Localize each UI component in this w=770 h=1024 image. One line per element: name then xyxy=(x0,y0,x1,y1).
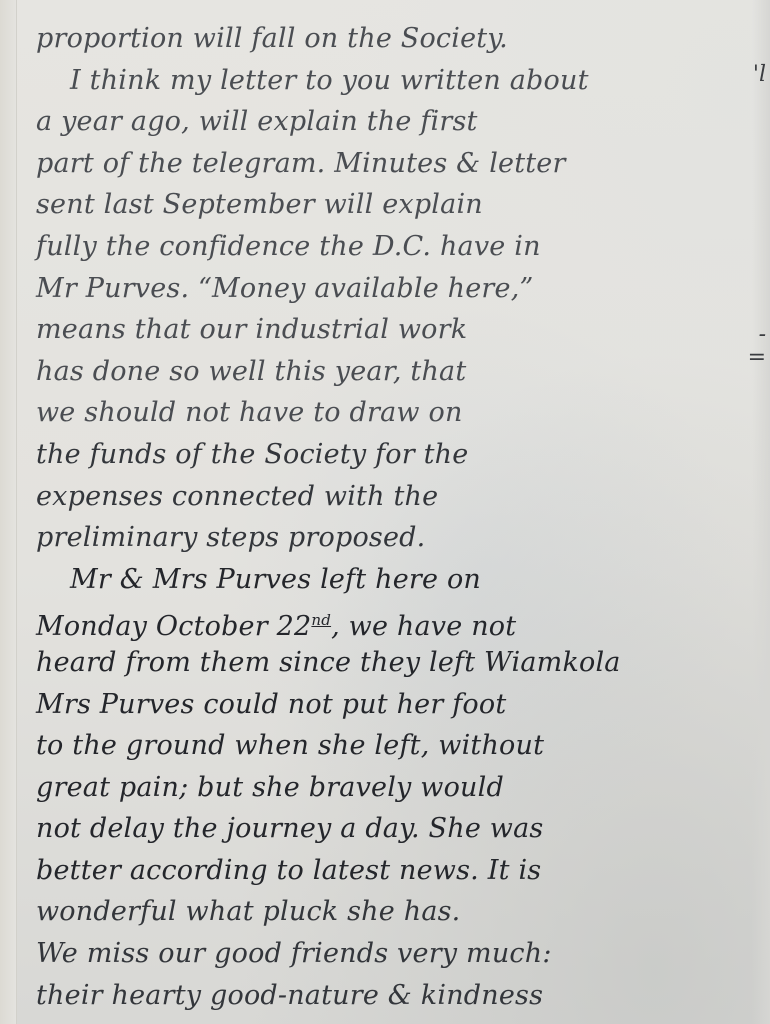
text-line: wonderful what pluck she has. xyxy=(36,891,756,933)
text-line: Mr & Mrs Purves left here on xyxy=(36,559,756,601)
ordinal-suffix: nd xyxy=(311,611,331,629)
text-line: has done so well this year, that xyxy=(36,351,756,393)
text-segment: , we have not xyxy=(331,611,516,642)
text-line: heard from them since they left Wiamkola xyxy=(36,642,756,684)
handwritten-text-body: proportion will fall on the Society. I t… xyxy=(36,18,756,1016)
adjacent-page-mark: - xyxy=(759,322,766,347)
text-line: expenses connected with the xyxy=(36,476,756,518)
text-line: Monday October 22nd, we have not xyxy=(36,600,756,642)
text-line: a year ago, will explain the first xyxy=(36,101,756,143)
text-line: fully the confidence the D.C. have in xyxy=(36,226,756,268)
page-left-edge xyxy=(0,0,17,1024)
text-line: we should not have to draw on xyxy=(36,392,756,434)
text-line: not delay the journey a day. She was xyxy=(36,808,756,850)
text-line: We miss our good friends very much: xyxy=(36,933,756,975)
text-line: I think my letter to you written about xyxy=(36,60,756,102)
text-line: Mr Purves. “Money available here,” xyxy=(36,268,756,310)
text-line: the funds of the Society for the xyxy=(36,434,756,476)
letter-page: 'l - = proportion will fall on the Socie… xyxy=(0,0,770,1024)
text-line: preliminary steps proposed. xyxy=(36,517,756,559)
text-line: to the ground when she left, without xyxy=(36,725,756,767)
text-line: their hearty good-nature & kindness xyxy=(36,975,756,1017)
text-line: sent last September will explain xyxy=(36,184,756,226)
text-line: Mrs Purves could not put her foot xyxy=(36,684,756,726)
text-line: great pain; but she bravely would xyxy=(36,767,756,809)
text-line: better according to latest news. It is xyxy=(36,850,756,892)
text-segment: Monday October 22 xyxy=(36,611,311,642)
text-line: means that our industrial work xyxy=(36,309,756,351)
text-line: part of the telegram. Minutes & letter xyxy=(36,143,756,185)
text-line: proportion will fall on the Society. xyxy=(36,18,756,60)
